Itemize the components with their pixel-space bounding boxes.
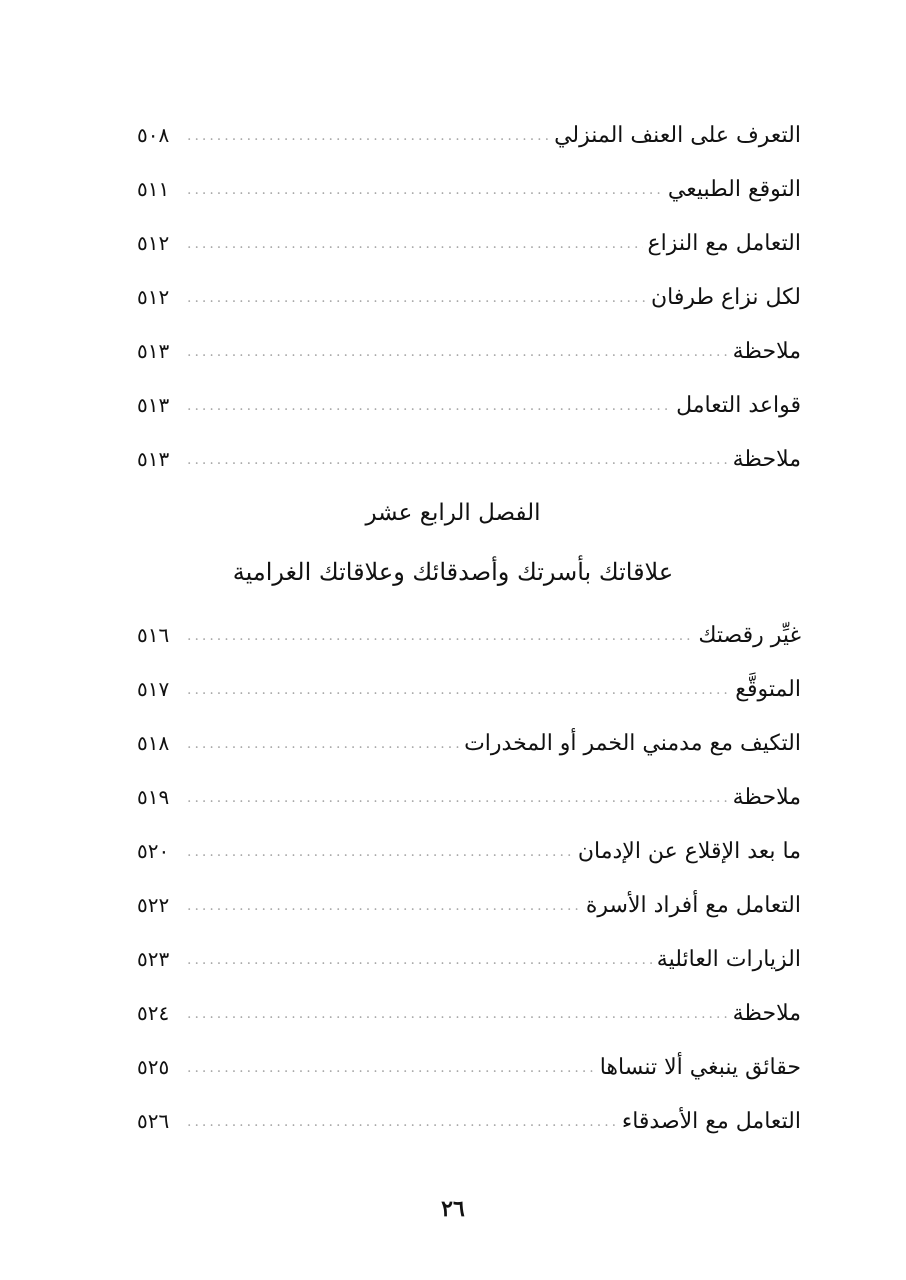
dot-leader: ........................................…: [187, 771, 729, 825]
dot-leader: ........................................…: [187, 1095, 618, 1149]
toc-entry-page: ٥٢٥: [137, 1040, 187, 1094]
toc-entry-page: ٥١٢: [137, 216, 187, 270]
toc-entry: ملاحظة .................................…: [137, 986, 801, 1040]
toc-entry-page: ٥١٣: [137, 324, 187, 378]
toc-section-1: التعرف على العنف المنزلي ...............…: [137, 108, 801, 486]
page-number-footer: ٢٦: [0, 1196, 906, 1222]
toc-entry-page: ٥١٦: [137, 608, 187, 662]
dot-leader: ........................................…: [187, 933, 653, 987]
toc-entry: التعامل مع أفراد الأسرة ................…: [137, 878, 801, 932]
toc-entry: المتوقَّع ..............................…: [137, 662, 801, 716]
dot-leader: ........................................…: [187, 717, 460, 771]
dot-leader: ........................................…: [187, 987, 729, 1041]
toc-section-2: غيِّر رقصتك ............................…: [137, 608, 801, 1148]
chapter-number-heading: الفصل الرابع عشر: [0, 500, 906, 526]
toc-entry-title: المتوقَّع: [731, 663, 801, 717]
toc-entry-title: ملاحظة: [729, 433, 801, 487]
toc-entry-title: قواعد التعامل: [672, 379, 801, 433]
dot-leader: ........................................…: [187, 433, 729, 487]
toc-entry-title: ما بعد الإقلاع عن الإدمان: [574, 825, 801, 879]
toc-entry: التعامل مع الأصدقاء ....................…: [137, 1094, 801, 1148]
toc-entry-page: ٥٢٣: [137, 932, 187, 986]
toc-entry: التكيف مع مدمني الخمر أو المخدرات ......…: [137, 716, 801, 770]
toc-entry-title: التكيف مع مدمني الخمر أو المخدرات: [460, 717, 801, 771]
toc-entry-page: ٥٢٢: [137, 878, 187, 932]
toc-entry-title: ملاحظة: [729, 325, 801, 379]
dot-leader: ........................................…: [187, 879, 582, 933]
toc-entry-page: ٥١٨: [137, 716, 187, 770]
toc-entry: غيِّر رقصتك ............................…: [137, 608, 801, 662]
dot-leader: ........................................…: [187, 217, 643, 271]
toc-entry: ملاحظة .................................…: [137, 432, 801, 486]
dot-leader: ........................................…: [187, 271, 647, 325]
toc-entry: ملاحظة .................................…: [137, 770, 801, 824]
toc-entry: ما بعد الإقلاع عن الإدمان ..............…: [137, 824, 801, 878]
book-page: التعرف على العنف المنزلي ...............…: [0, 0, 906, 1280]
toc-entry-title: غيِّر رقصتك: [694, 609, 801, 663]
toc-entry: لكل نزاع طرفان .........................…: [137, 270, 801, 324]
dot-leader: ........................................…: [187, 325, 729, 379]
toc-entry-title: التعامل مع الأصدقاء: [618, 1095, 801, 1149]
toc-entry-page: ٥١١: [137, 162, 187, 216]
dot-leader: ........................................…: [187, 163, 664, 217]
dot-leader: ........................................…: [187, 109, 550, 163]
toc-entry-page: ٥١٣: [137, 378, 187, 432]
toc-entry-title: ملاحظة: [729, 987, 801, 1041]
toc-entry-page: ٥١٣: [137, 432, 187, 486]
dot-leader: ........................................…: [187, 663, 731, 717]
toc-entry-title: التعرف على العنف المنزلي: [550, 109, 801, 163]
toc-entry-page: ٥١٢: [137, 270, 187, 324]
dot-leader: ........................................…: [187, 609, 694, 663]
dot-leader: ........................................…: [187, 1041, 596, 1095]
toc-entry-page: ٥٠٨: [137, 108, 187, 162]
dot-leader: ........................................…: [187, 825, 574, 879]
toc-entry-page: ٥١٧: [137, 662, 187, 716]
toc-entry: حقائق ينبغي ألا تنساها .................…: [137, 1040, 801, 1094]
toc-entry: ملاحظة .................................…: [137, 324, 801, 378]
toc-entry-title: التعامل مع أفراد الأسرة: [582, 879, 801, 933]
dot-leader: ........................................…: [187, 379, 672, 433]
toc-entry: التعرف على العنف المنزلي ...............…: [137, 108, 801, 162]
toc-entry-page: ٥٢٦: [137, 1094, 187, 1148]
toc-entry-title: حقائق ينبغي ألا تنساها: [596, 1041, 801, 1095]
toc-entry: التعامل مع النزاع ......................…: [137, 216, 801, 270]
toc-entry-title: لكل نزاع طرفان: [647, 271, 801, 325]
toc-entry: الزيارات العائلية ......................…: [137, 932, 801, 986]
toc-entry-title: الزيارات العائلية: [653, 933, 801, 987]
chapter-title-heading: علاقاتك بأسرتك وأصدقائك وعلاقاتك الغرامي…: [0, 558, 906, 586]
toc-entry-page: ٥٢٠: [137, 824, 187, 878]
toc-entry: قواعد التعامل ..........................…: [137, 378, 801, 432]
toc-entry-page: ٥١٩: [137, 770, 187, 824]
toc-entry-title: ملاحظة: [729, 771, 801, 825]
toc-entry-page: ٥٢٤: [137, 986, 187, 1040]
toc-entry-title: التوقع الطبيعي: [664, 163, 801, 217]
toc-entry-title: التعامل مع النزاع: [643, 217, 801, 271]
toc-entry: التوقع الطبيعي .........................…: [137, 162, 801, 216]
